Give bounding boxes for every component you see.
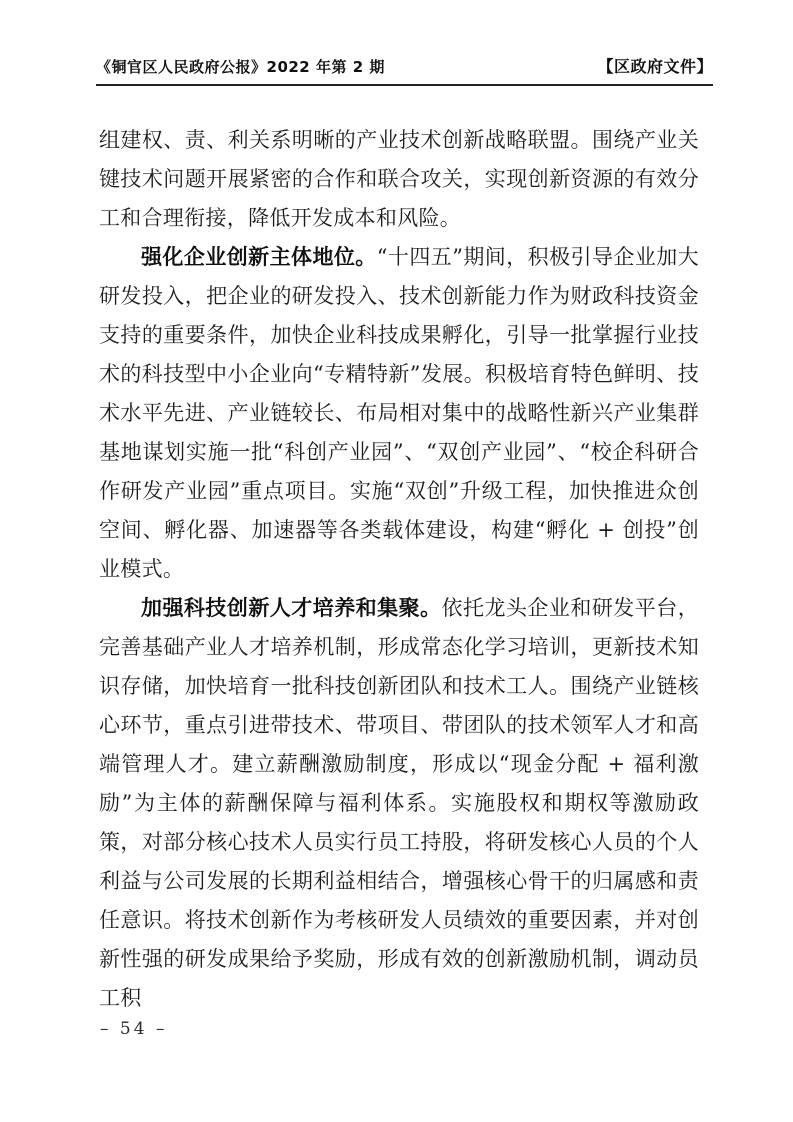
page-number: – 54 – <box>100 1019 167 1039</box>
document-category-badge: 【区政府文件】 <box>597 54 713 77</box>
document-body: 组建权、责、利关系明晰的产业技术创新战略联盟。围绕产业关键技术问题开展紧密的合作… <box>99 121 699 1018</box>
paragraph-lead: 加强科技创新人才培养和集聚。 <box>141 596 442 620</box>
header-divider <box>96 84 713 86</box>
page-header: 《铜官区人民政府公报》2022 年第 2 期 【区政府文件】 <box>96 54 713 77</box>
paragraph-text: 依托龙头企业和研发平台，完善基础产业人才培养机制，形成常态化学习培训，更新技术知… <box>99 596 699 1010</box>
paragraph-text: 组建权、责、利关系明晰的产业技术创新战略联盟。围绕产业关键技术问题开展紧密的合作… <box>99 128 699 230</box>
paragraph-text: “十四五”期间，积极引导企业加大研发投入，把企业的研发投入、技术创新能力作为财政… <box>99 245 699 581</box>
paragraph-lead: 强化企业创新主体地位。 <box>141 245 377 269</box>
body-paragraph-continuation: 组建权、责、利关系明晰的产业技术创新战略联盟。围绕产业关键技术问题开展紧密的合作… <box>99 121 699 238</box>
body-paragraph: 加强科技创新人才培养和集聚。依托龙头企业和研发平台，完善基础产业人才培养机制，形… <box>99 589 699 1018</box>
gazette-title: 《铜官区人民政府公报》2022 年第 2 期 <box>96 56 385 77</box>
body-paragraph: 强化企业创新主体地位。“十四五”期间，积极引导企业加大研发投入，把企业的研发投入… <box>99 238 699 589</box>
document-page: 《铜官区人民政府公报》2022 年第 2 期 【区政府文件】 组建权、责、利关系… <box>0 0 793 1122</box>
